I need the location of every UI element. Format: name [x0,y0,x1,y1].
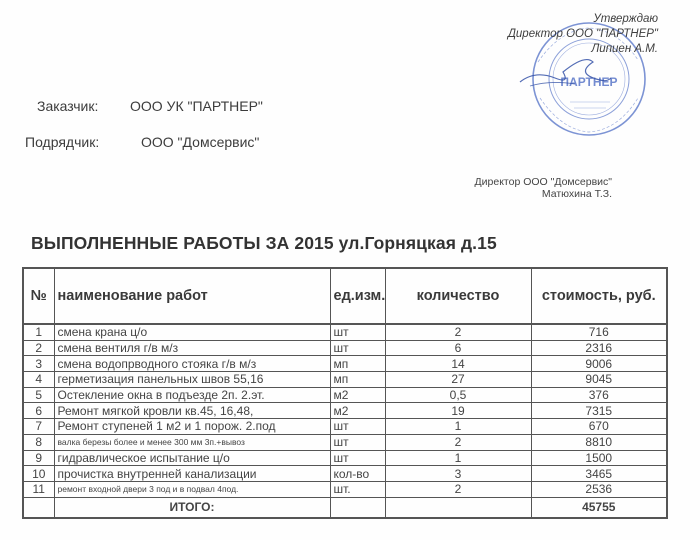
total-empty-num [23,497,54,518]
signature-icon [515,52,615,92]
contractor-label: Подрядчик: [25,134,99,150]
header-cost: стоимость, руб. [531,268,667,324]
cell-qty: 14 [385,356,531,372]
total-row: ИТОГО: 45755 [23,497,667,518]
cell-num: 7 [23,419,54,435]
works-table: № наименование работ ед.изм. количество … [22,267,668,519]
approval-line-director: Директор ООО "ПАРТНЕР" [508,27,658,42]
cell-qty: 27 [385,372,531,388]
cell-num: 4 [23,372,54,388]
cell-unit: шт [330,324,385,340]
cell-cost: 2316 [531,340,667,356]
cell-unit: шт [330,340,385,356]
cell-num: 5 [23,387,54,403]
cell-name: Остекление окна в подъезде 2п. 2.эт. [54,387,330,403]
table-row: 1смена крана ц/ошт2716 [23,324,667,340]
total-label: ИТОГО: [54,497,330,518]
cell-num: 8 [23,434,54,450]
header-qty: количество [385,268,531,324]
cell-name: валка березы более и менее 300 мм 3п.+вы… [54,434,330,450]
cell-qty: 3 [385,466,531,482]
approval-block: Утверждаю Директор ООО "ПАРТНЕР" Липиен … [508,12,658,57]
cell-cost: 7315 [531,403,667,419]
cell-qty: 2 [385,481,531,497]
cell-unit: кол-во [330,466,385,482]
cell-qty: 6 [385,340,531,356]
cell-cost: 9006 [531,356,667,372]
table-row: 8валка березы более и менее 300 мм 3п.+в… [23,434,667,450]
cell-cost: 8810 [531,434,667,450]
cell-num: 3 [23,356,54,372]
approval-line-name: Липиен А.М. [508,42,658,57]
cell-name: смена вентиля г/в м/з [54,340,330,356]
contractor-signature-block: Директор ООО "Домсервис" Матюхина Т.З. [475,176,612,200]
cell-name: Ремонт ступеней 1 м2 и 1 порож. 2.под [54,419,330,435]
cell-name: герметизация панельных швов 55,16 [54,372,330,388]
table-row: 3смена водопрводного стояка г/в м/змп149… [23,356,667,372]
total-empty-qty [385,497,531,518]
cell-num: 11 [23,481,54,497]
cell-unit: шт [330,450,385,466]
cell-unit: мп [330,356,385,372]
cell-unit: шт [330,434,385,450]
cell-unit: м2 [330,403,385,419]
table-header-row: № наименование работ ед.изм. количество … [23,268,667,324]
cell-name: гидравлическое испытание ц/о [54,450,330,466]
table-row: 11ремонт входной двери 3 под и в подвал … [23,481,667,497]
cell-num: 2 [23,340,54,356]
cell-qty: 19 [385,403,531,419]
cell-cost: 1500 [531,450,667,466]
cell-num: 9 [23,450,54,466]
cell-unit: шт [330,419,385,435]
header-num: № [23,268,54,324]
cell-cost: 3465 [531,466,667,482]
table-row: 6Ремонт мягкой кровли кв.45, 16,48,м2197… [23,403,667,419]
header-unit: ед.изм. [330,268,385,324]
cell-cost: 670 [531,419,667,435]
cell-name: Ремонт мягкой кровли кв.45, 16,48, [54,403,330,419]
cell-name: смена крана ц/о [54,324,330,340]
approval-line-approve: Утверждаю [508,12,658,27]
cell-unit: мп [330,372,385,388]
total-value: 45755 [531,497,667,518]
table-row: 5Остекление окна в подъезде 2п. 2.эт.м20… [23,387,667,403]
customer-value: ООО УК "ПАРТНЕР" [130,98,263,114]
cell-unit: шт. [330,481,385,497]
table-row: 10прочистка внутренней канализациикол-во… [23,466,667,482]
cell-num: 10 [23,466,54,482]
table-row: 4герметизация панельных швов 55,16мп2790… [23,372,667,388]
cell-name: прочистка внутренней канализации [54,466,330,482]
cell-cost: 2536 [531,481,667,497]
contractor-signature-title: Директор ООО "Домсервис" [475,176,612,188]
contractor-value: ООО "Домсервис" [141,134,259,150]
cell-name: ремонт входной двери 3 под и в подвал 4п… [54,481,330,497]
cell-num: 6 [23,403,54,419]
cell-qty: 1 [385,419,531,435]
cell-unit: м2 [330,387,385,403]
cell-cost: 9045 [531,372,667,388]
table-row: 7Ремонт ступеней 1 м2 и 1 порож. 2.подшт… [23,419,667,435]
cell-qty: 2 [385,324,531,340]
cell-qty: 0,5 [385,387,531,403]
contractor-signature-name: Матюхина Т.З. [475,188,612,200]
cell-num: 1 [23,324,54,340]
cell-cost: 716 [531,324,667,340]
customer-label: Заказчик: [37,98,98,114]
table-row: 9гидравлическое испытание ц/ошт11500 [23,450,667,466]
header-name: наименование работ [54,268,330,324]
cell-cost: 376 [531,387,667,403]
cell-qty: 1 [385,450,531,466]
table-row: 2смена вентиля г/в м/зшт62316 [23,340,667,356]
cell-qty: 2 [385,434,531,450]
document-title: ВЫПОЛНЕННЫЕ РАБОТЫ ЗА 2015 ул.Горняцкая … [31,233,497,254]
cell-name: смена водопрводного стояка г/в м/з [54,356,330,372]
total-empty-unit [330,497,385,518]
